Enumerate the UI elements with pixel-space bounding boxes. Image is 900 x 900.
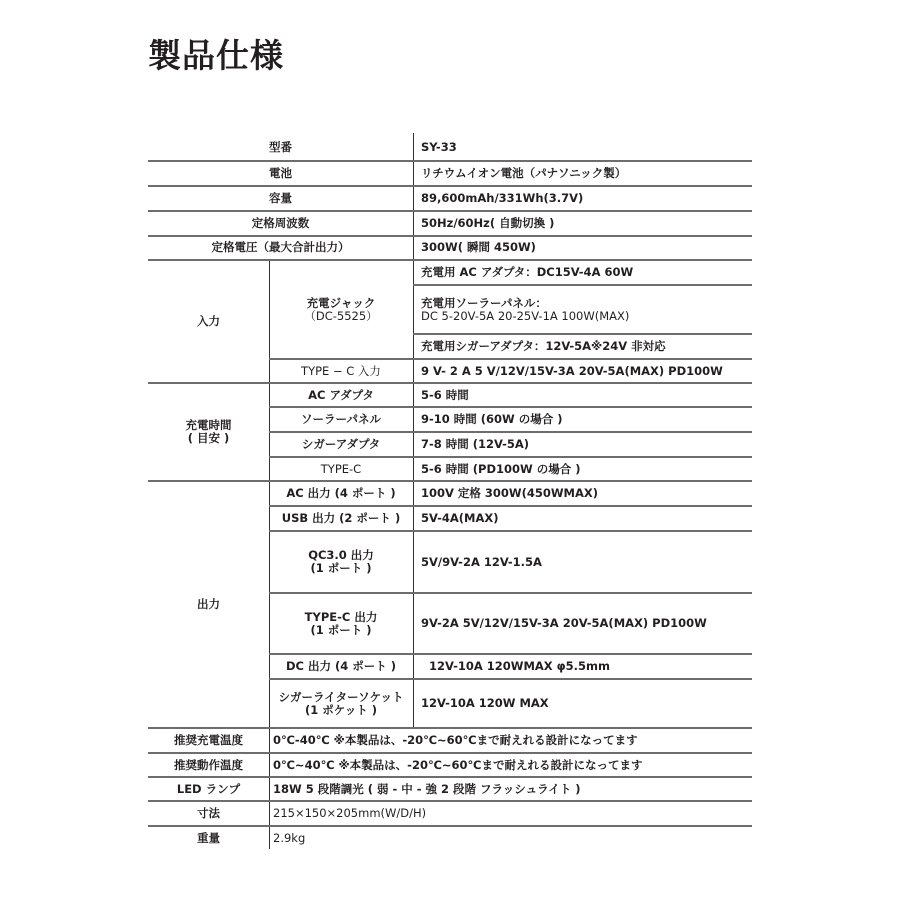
charge-temp-label: 推奨充電温度: [148, 729, 269, 752]
charge-jack-label: 充電ジャック （DC-5525）: [269, 261, 413, 358]
output-usb-label: USB 出力 (2 ポート ): [269, 507, 413, 530]
rated-voltage-value: 300W( 瞬間 450W): [413, 236, 752, 259]
charge-time-typec-label: TYPE-C: [269, 458, 413, 480]
charge-time-solar-value: 9-10 時間 (60W の場合 ): [413, 408, 752, 431]
output-ac-label: AC 出力 (4 ポート ): [269, 482, 413, 505]
led-value: 18W 5 段階調光 ( 弱 - 中 - 強 2 段階 フラッシュライト ): [269, 778, 752, 800]
battery-label: 電池: [148, 161, 413, 185]
output-typec-label-line1: TYPE-C 出力: [305, 611, 378, 624]
output-qc-label: QC3.0 出力 (1 ポート ): [269, 532, 413, 592]
charge-time-typec-value: 5-6 時間 (PD100W の場合 ): [413, 458, 752, 480]
charge-temp-value: 0℃-40℃ ※本製品は、-20℃~60℃まで耐えれる設計になってます: [269, 729, 752, 752]
typec-input-value: 9 V- 2 A 5 V/12V/15V-3A 20V-5A(MAX) PD10…: [413, 360, 752, 382]
output-dc-value: 12V-10A 120WMAX φ5.5mm: [413, 655, 752, 678]
battery-value: リチウムイオン電池（パナソニック製）: [413, 161, 752, 185]
jack-solar-value: 充電用ソーラーパネル： DC 5-20V-5A 20-25V-1A 100W(M…: [413, 286, 752, 333]
output-qc-label-line2: (1 ポート ): [310, 562, 371, 575]
output-usb-value: 5V-4A(MAX): [413, 507, 752, 530]
typec-input-label: TYPE − C 入力: [269, 360, 413, 382]
charge-time-label: 充電時間 ( 目安 ): [148, 384, 269, 480]
charge-time-label-line2: ( 目安 ): [188, 432, 230, 445]
led-label: LED ランプ: [148, 778, 269, 800]
model-label: 型番: [148, 135, 413, 160]
output-qc-value: 5V/9V-2A 12V-1.5A: [413, 532, 752, 592]
output-typec-label-line2: (1 ポート ): [310, 624, 371, 637]
operating-temp-value: 0℃~40℃ ※本製品は、-20℃~60℃まで耐えれる設計になってます: [269, 754, 752, 776]
charge-jack-label-line1: 充電ジャック: [307, 297, 376, 310]
output-typec-label: TYPE-C 出力 (1 ポート ): [269, 594, 413, 653]
frequency-value: 50Hz/60Hz( 自動切換 ): [413, 211, 752, 235]
output-cigar-socket-value: 12V-10A 120W MAX: [413, 680, 752, 727]
weight-label: 重量: [148, 827, 269, 849]
output-ac-value: 100V 定格 300W(450WMAX): [413, 482, 752, 505]
capacity-label: 容量: [148, 186, 413, 210]
charge-time-ac-label: AC アダプタ: [269, 384, 413, 406]
operating-temp-label: 推奨動作温度: [148, 754, 269, 776]
weight-value: 2.9kg: [269, 827, 752, 849]
output-cigar-socket-label: シガーライターソケット (1 ポケット ): [269, 680, 413, 727]
output-typec-value: 9V-2A 5V/12V/15V-3A 20V-5A(MAX) PD100W: [413, 594, 752, 653]
charge-time-cigar-value: 7-8 時間 (12V-5A): [413, 433, 752, 456]
jack-solar-line1: 充電用ソーラーパネル：: [421, 297, 547, 310]
jack-cigar-value: 充電用シガーアダプタ：12V-5A※24V 非対応: [413, 335, 752, 358]
output-dc-label: DC 出力 (4 ポート ): [269, 655, 413, 678]
dimensions-value: 215×150×205mm(W/D/H): [269, 802, 752, 825]
model-value: SY-33: [413, 135, 752, 160]
output-label: 出力: [148, 482, 269, 727]
frequency-label: 定格周波数: [148, 211, 413, 235]
output-cigar-socket-label-line2: (1 ポケット ): [305, 704, 377, 717]
page-title: 製品仕様: [148, 30, 284, 77]
dimensions-label: 寸法: [148, 802, 269, 825]
charge-jack-label-line2: （DC-5525）: [304, 310, 377, 323]
charge-time-cigar-label: シガーアダプタ: [269, 433, 413, 456]
jack-solar-line2: DC 5-20V-5A 20-25V-1A 100W(MAX): [421, 310, 629, 323]
charge-time-ac-value: 5-6 時間: [413, 384, 752, 406]
input-label: 入力: [148, 261, 269, 382]
charge-time-solar-label: ソーラーパネル: [269, 408, 413, 431]
output-cigar-socket-label-line1: シガーライターソケット: [278, 691, 403, 704]
jack-ac-adapter-value: 充電用 AC アダプタ：DC15V-4A 60W: [413, 261, 752, 284]
rated-voltage-label: 定格電圧（最大合計出力）: [148, 236, 413, 259]
capacity-value: 89,600mAh/331Wh(3.7V): [413, 186, 752, 210]
